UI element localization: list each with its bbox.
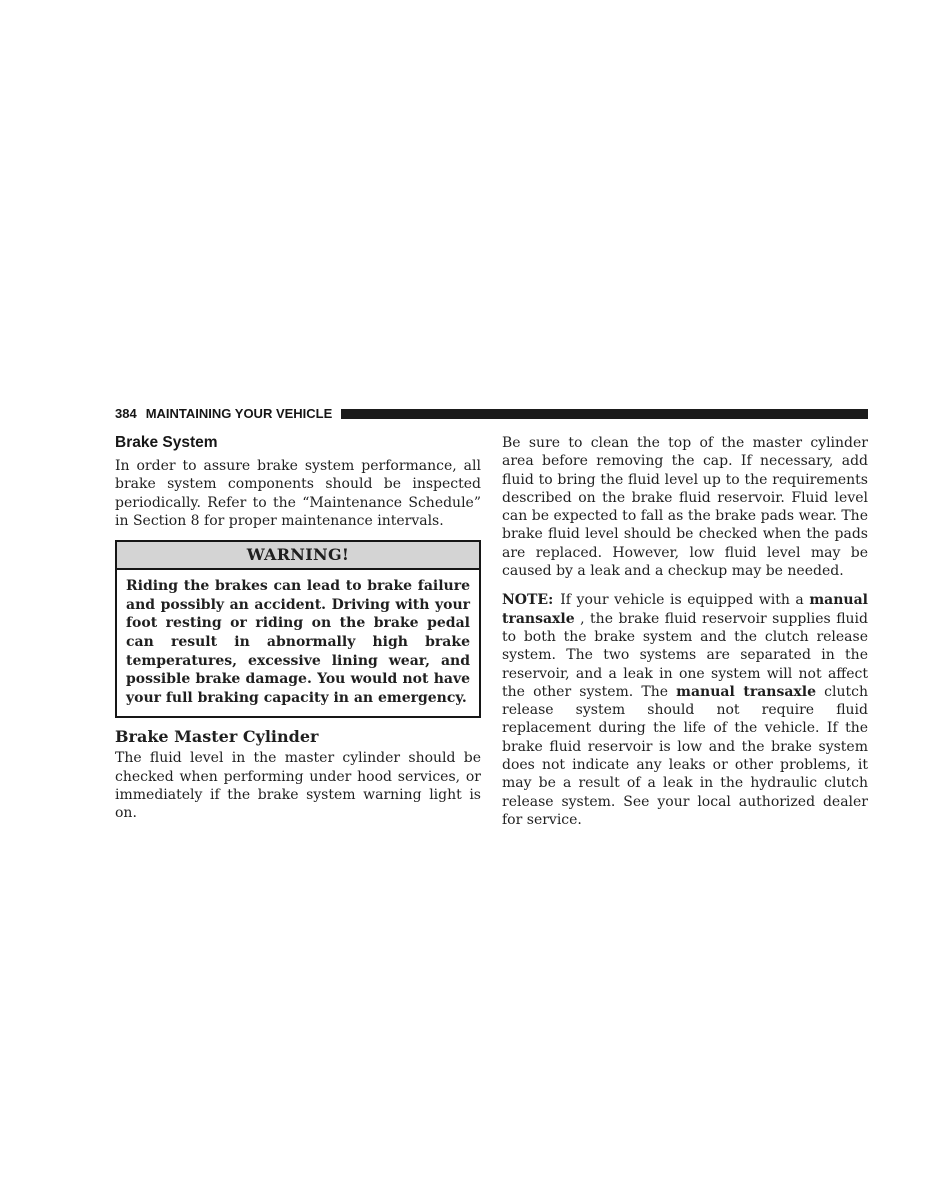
note-paragraph: NOTE: If your vehicle is equipped with a… bbox=[502, 591, 868, 829]
running-header: 384 MAINTAINING YOUR VEHICLE bbox=[115, 406, 868, 421]
left-column: Brake System In order to assure brake sy… bbox=[115, 434, 481, 823]
warning-body-text: Riding the brakes can lead to brake fail… bbox=[117, 570, 479, 716]
warning-box: WARNING! Riding the brakes can lead to b… bbox=[115, 540, 481, 718]
brake-system-paragraph: In order to assure brake system performa… bbox=[115, 457, 481, 530]
subsection-heading-brake-master-cylinder: Brake Master Cylinder bbox=[115, 727, 481, 746]
page-header-title: MAINTAINING YOUR VEHICLE bbox=[146, 406, 333, 421]
master-cylinder-care-paragraph: Be sure to clean the top of the master c… bbox=[502, 434, 868, 580]
right-column: Be sure to clean the top of the master c… bbox=[502, 434, 868, 829]
section-heading-brake-system: Brake System bbox=[115, 434, 481, 452]
page-number: 384 bbox=[115, 406, 137, 421]
warning-title: WARNING! bbox=[117, 542, 479, 570]
brake-master-cylinder-paragraph: The fluid level in the master cylinder s… bbox=[115, 749, 481, 822]
header-rule-bar bbox=[341, 409, 868, 419]
